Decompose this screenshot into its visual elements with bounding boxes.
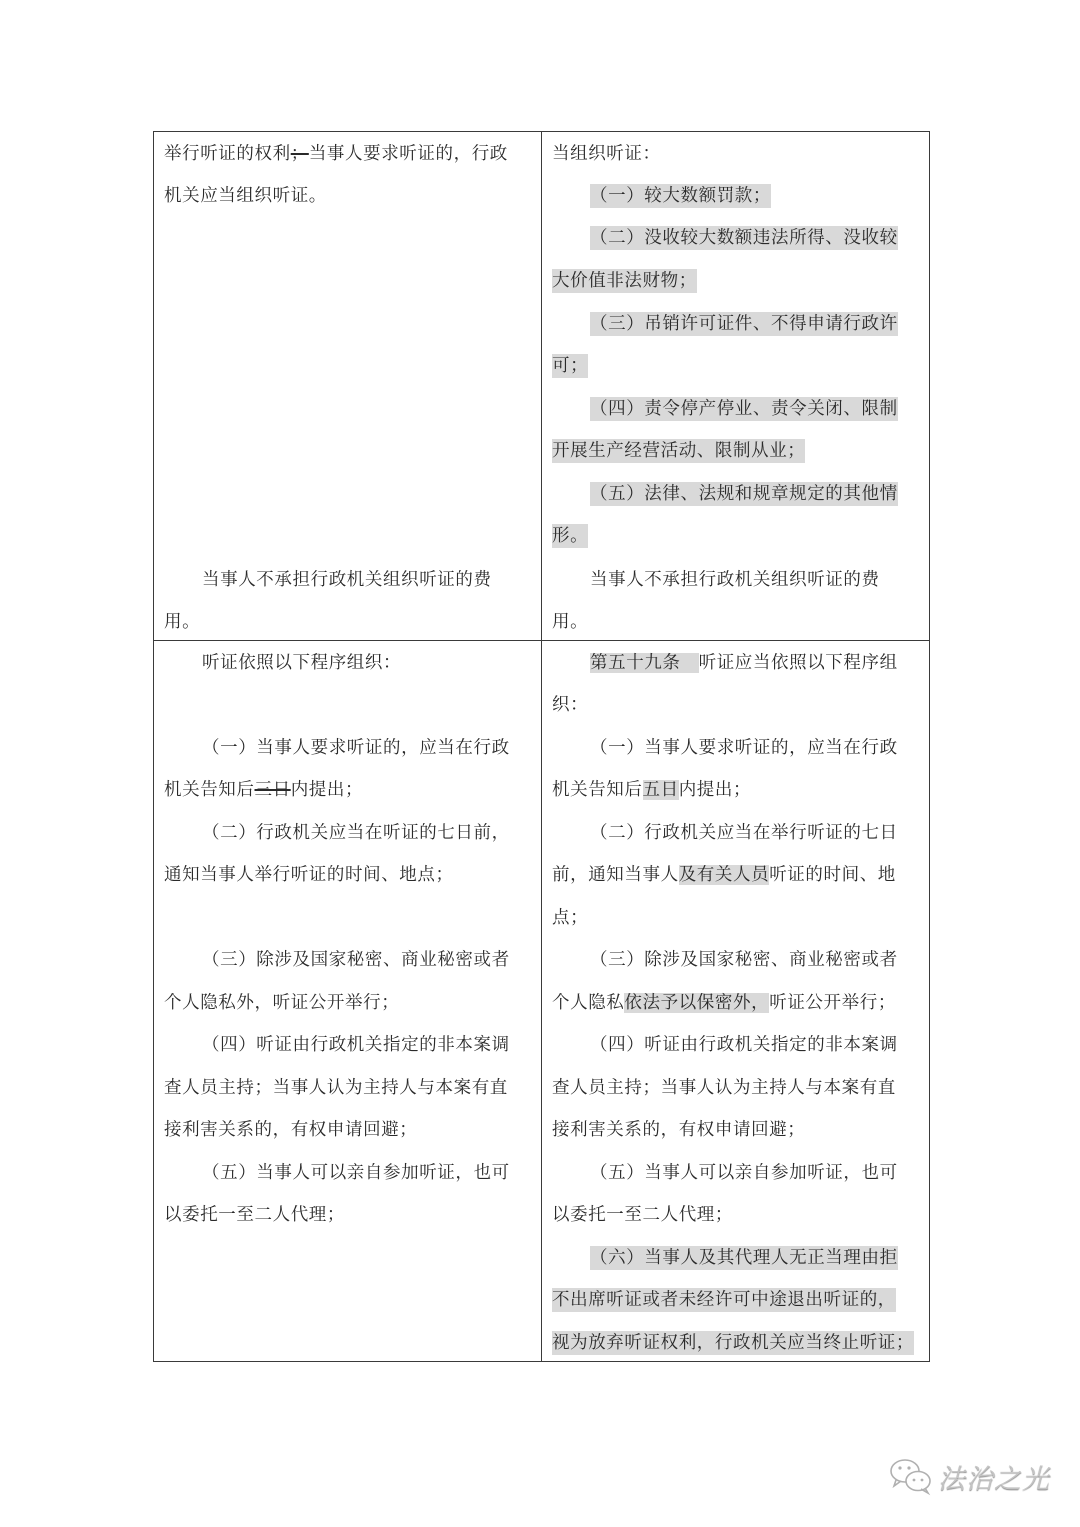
new-text-cell: 当组织听证： （一）较大数额罚款； （二）没收较大数额违法所得、没收较 大价值非… (542, 132, 930, 641)
inserted-text: 五日 (643, 780, 679, 800)
text-line: （三）除涉及国家秘密、商业秘密或者 (590, 948, 898, 972)
inserted-text: 依法予以保密外， (624, 993, 769, 1013)
text-line: 第五十九条 听证应当依照以下程序组 (590, 651, 898, 675)
table-row: 举行听证的权利；当事人要求听证的，行政 机关应当组织听证。 当事人不承担行政机关… (154, 132, 930, 641)
text-line: 听证依照以下程序组织： (202, 651, 401, 675)
text-line: 以委托一至二人代理； (164, 1203, 345, 1227)
deleted-mark: ； (291, 144, 309, 164)
text-line: （四）听证由行政机关指定的非本案调 (590, 1033, 898, 1057)
wechat-icon (888, 1456, 934, 1496)
watermark: 法治之光 (888, 1456, 1050, 1496)
text-line: 机关应当组织听证。 (164, 184, 327, 208)
deleted-text: 三日 (255, 780, 291, 800)
table-row: 听证依照以下程序组织： （一）当事人要求听证的，应当在行政 机关告知后三日内提出… (154, 641, 930, 1362)
comparison-table: 举行听证的权利；当事人要求听证的，行政 机关应当组织听证。 当事人不承担行政机关… (153, 131, 930, 1362)
text-line: （二）行政机关应当在听证的七日前， (202, 821, 510, 845)
text-line: 查人员主持；当事人认为主持人与本案有直 (552, 1076, 896, 1100)
text-line: （二）行政机关应当在举行听证的七日 (590, 821, 898, 845)
text-line: 举行听证的权利；当事人要求听证的，行政 (164, 142, 508, 166)
highlighted-line: （五）法律、法规和规章规定的其他情 (590, 482, 898, 506)
new-text-cell: 第五十九条 听证应当依照以下程序组 织： （一）当事人要求听证的，应当在行政 机… (542, 641, 930, 1362)
watermark-text: 法治之光 (938, 1457, 1050, 1496)
text-line: 前，通知当事人及有关人员听证的时间、地 (552, 863, 896, 887)
text-line: 个人隐私外，听证公开举行； (164, 991, 399, 1015)
old-text-cell: 听证依照以下程序组织： （一）当事人要求听证的，应当在行政 机关告知后三日内提出… (154, 641, 542, 1362)
highlighted-line: 形。 (552, 524, 588, 548)
text-line: 通知当事人举行听证的时间、地点； (164, 863, 454, 887)
text-line: （一）当事人要求听证的，应当在行政 (590, 736, 898, 760)
text-line: 当事人不承担行政机关组织听证的费 (202, 568, 492, 592)
text-line: （三）除涉及国家秘密、商业秘密或者 (202, 948, 510, 972)
text-line: 当组织听证： (552, 142, 661, 166)
text-line: （五）当事人可以亲自参加听证，也可 (202, 1161, 510, 1185)
text-line: 查人员主持；当事人认为主持人与本案有直 (164, 1076, 508, 1100)
text-line: 以委托一至二人代理； (552, 1203, 733, 1227)
text-line: 点； (552, 906, 588, 930)
highlighted-line: （三）吊销许可证件、不得申请行政许 (590, 312, 898, 336)
highlighted-line: 不出席听证或者未经许可中途退出听证的， (552, 1288, 896, 1312)
text-line: 接利害关系的，有权申请回避； (552, 1118, 805, 1142)
highlighted-line: 视为放弃听证权利，行政机关应当终止听证； (552, 1331, 914, 1355)
old-text-cell: 举行听证的权利；当事人要求听证的，行政 机关应当组织听证。 当事人不承担行政机关… (154, 132, 542, 641)
text-line: 个人隐私依法予以保密外，听证公开举行； (552, 991, 896, 1015)
highlighted-line: （四）责令停产停业、责令关闭、限制 (590, 397, 898, 421)
text-line: 用。 (164, 610, 200, 634)
text-line: （四）听证由行政机关指定的非本案调 (202, 1033, 510, 1057)
text-line: 当事人不承担行政机关组织听证的费 (590, 568, 880, 592)
text-line: （五）当事人可以亲自参加听证，也可 (590, 1161, 898, 1185)
highlighted-line: （一）较大数额罚款； (590, 184, 771, 208)
text-line: 接利害关系的，有权申请回避； (164, 1118, 417, 1142)
text-line: 机关告知后三日内提出； (164, 778, 363, 802)
highlighted-line: （六）当事人及其代理人无正当理由拒 (590, 1246, 898, 1270)
highlighted-line: （二）没收较大数额违法所得、没收较 (590, 226, 898, 250)
text-line: 用。 (552, 610, 588, 634)
highlighted-line: 开展生产经营活动、限制从业； (552, 439, 805, 463)
text-line: （一）当事人要求听证的，应当在行政 (202, 736, 510, 760)
highlighted-line: 可； (552, 354, 588, 378)
highlighted-line: 大价值非法财物； (552, 269, 697, 293)
text-line: 机关告知后五日内提出； (552, 778, 751, 802)
article-number: 第五十九条 (590, 653, 699, 673)
text-line: 织： (552, 693, 588, 717)
inserted-text: 及有关人员 (679, 865, 770, 885)
